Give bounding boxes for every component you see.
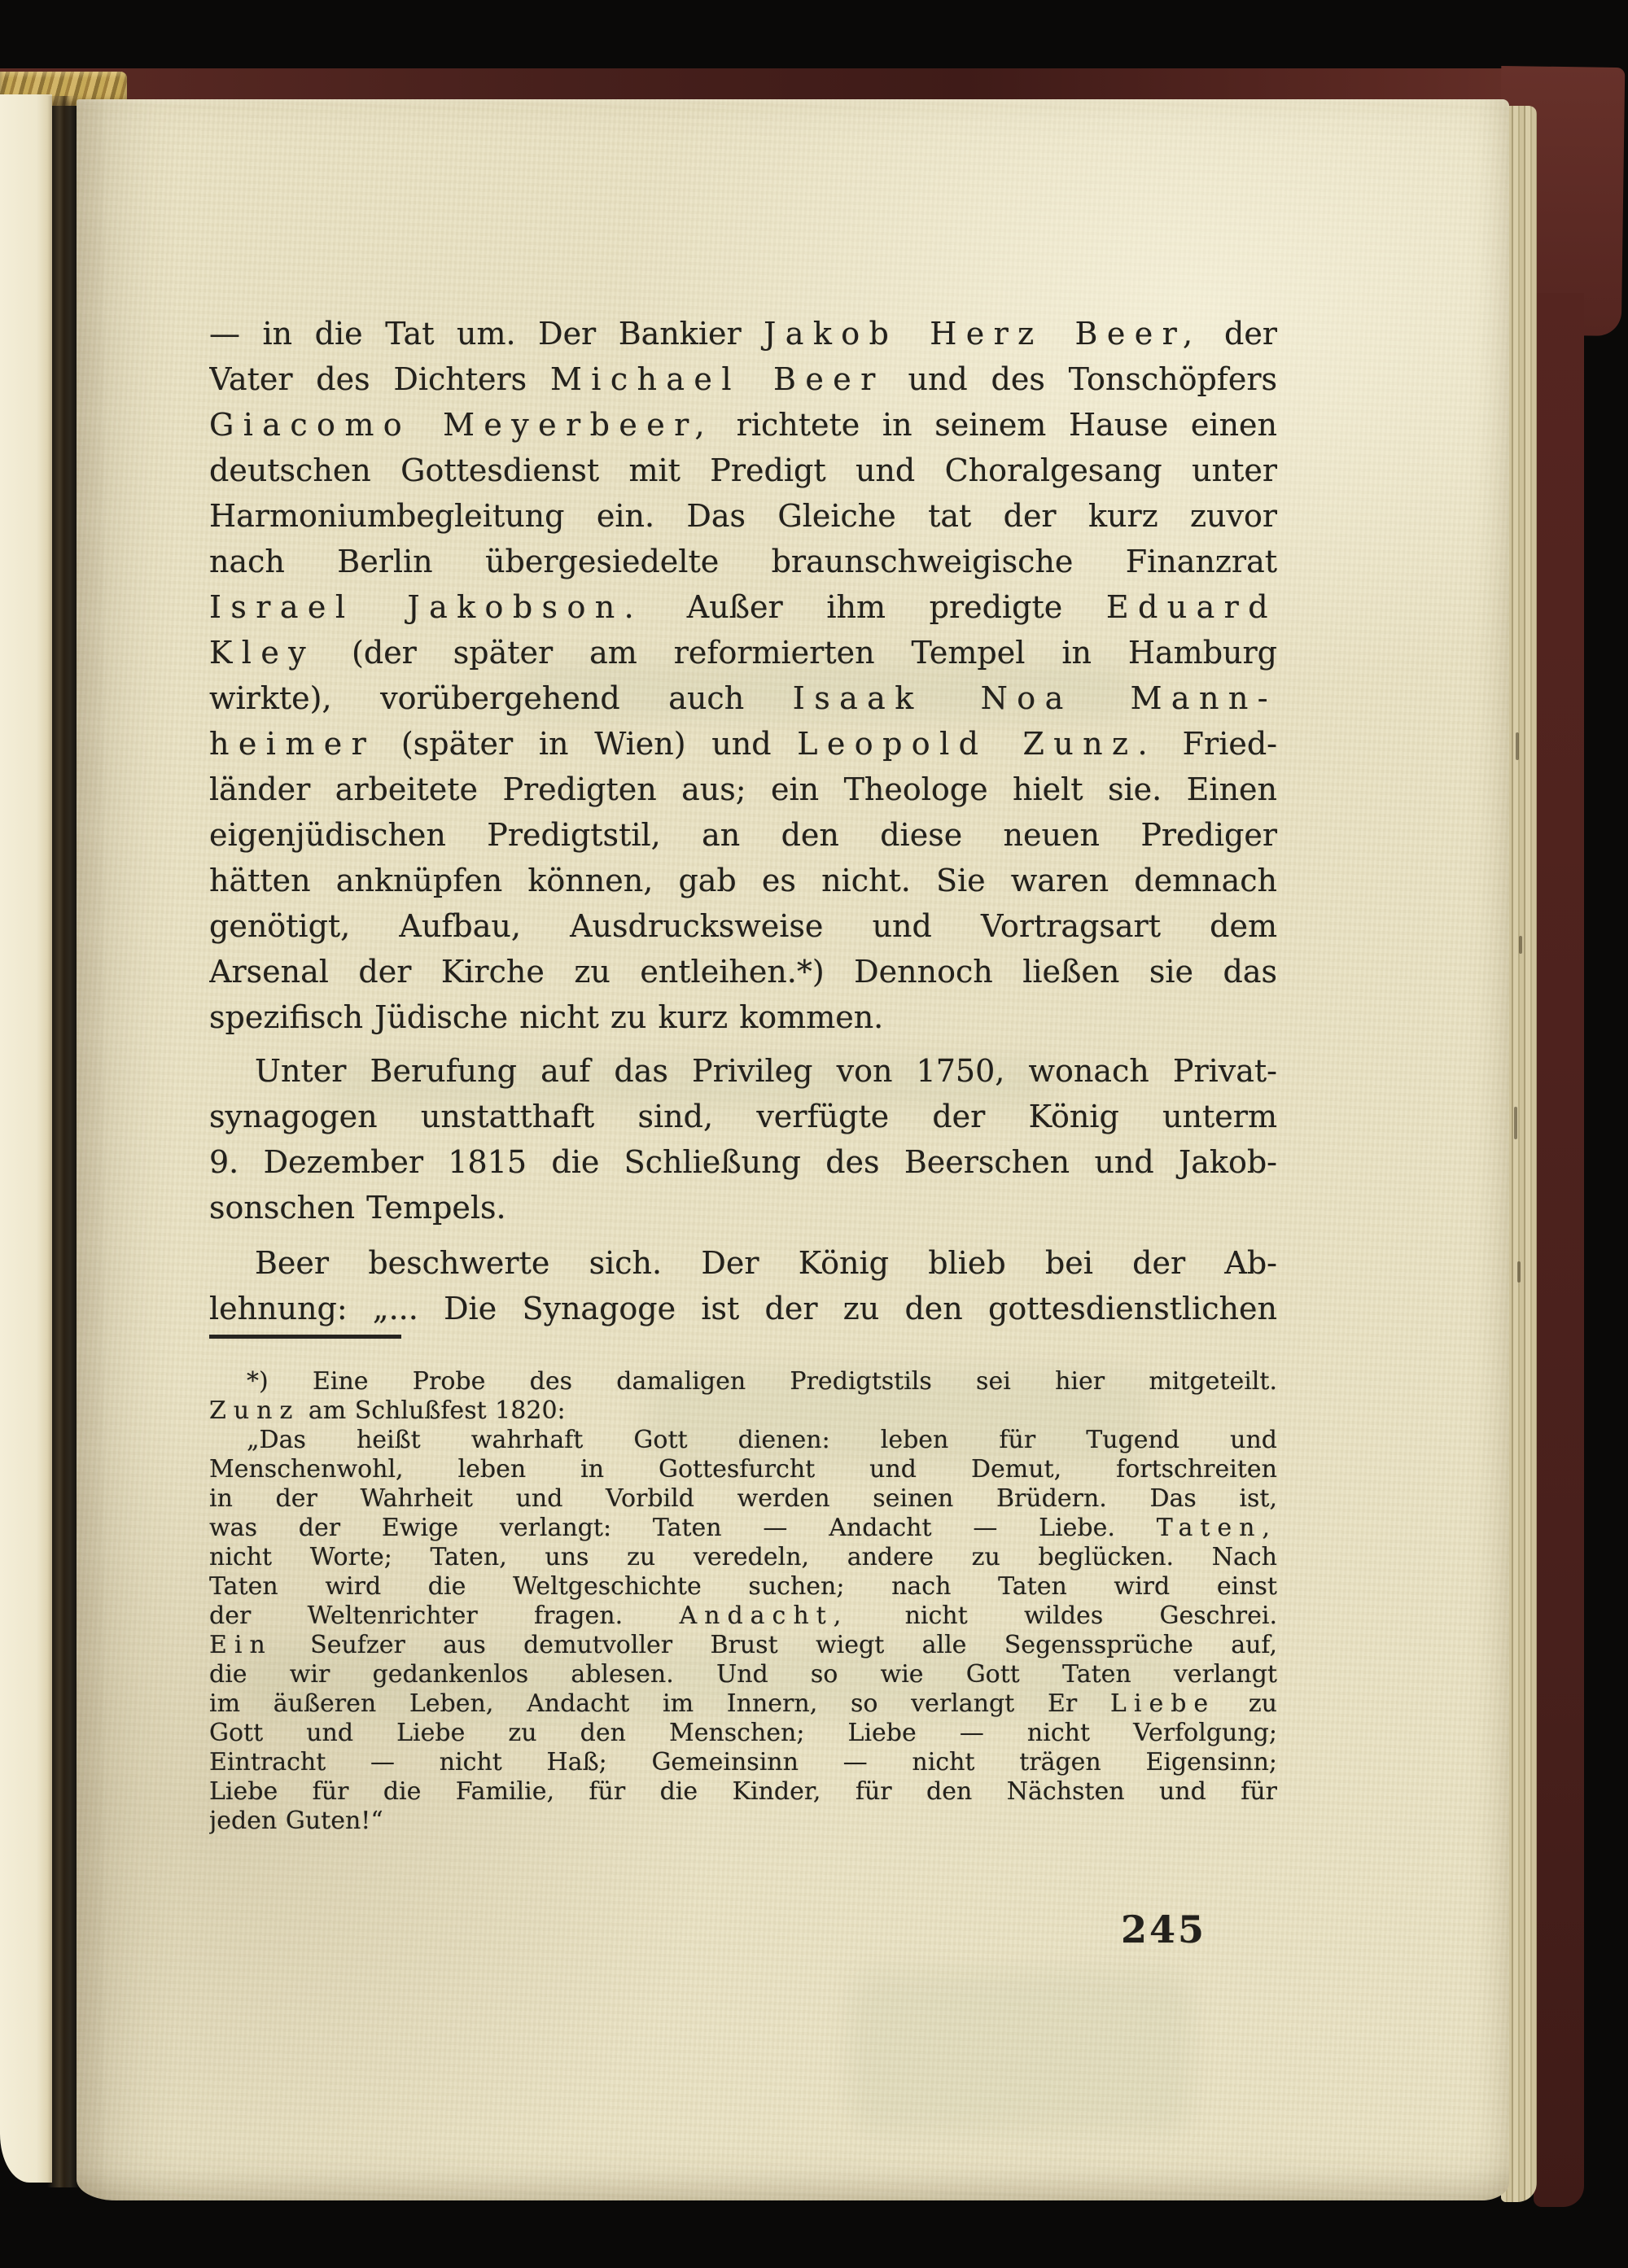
footnote: *) Eine Probe des damaligen Predigtstils… (209, 1367, 1277, 1836)
text-line: Gott und Liebe zu den Menschen; Liebe — … (209, 1719, 1277, 1748)
text-segment: Eintracht — nicht Haß; Gemeinsinn — nich… (209, 1748, 1277, 1776)
text-line: Unter Berufung auf das Privileg von 1750… (209, 1048, 1277, 1094)
text-line: Arsenal der Kirche zu entleihen.*) Denno… (209, 949, 1277, 994)
letterspaced-name: Taten, (1157, 1514, 1277, 1542)
text-line: Taten wird die Weltgeschichte suchen; na… (209, 1572, 1277, 1602)
text-line: nicht Worte; Taten, uns zu veredeln, and… (209, 1543, 1277, 1572)
text-line: der Weltenrichter fragen. Andacht, nicht… (209, 1602, 1277, 1631)
letterspaced-name: Isaak Noa Mann- (793, 680, 1277, 716)
text-line: spezifisch Jüdische nicht zu kurz kommen… (209, 994, 1277, 1040)
text-segment: Fried- (1157, 726, 1277, 762)
page-number: 245 (1121, 1907, 1206, 1951)
text-line: *) Eine Probe des damaligen Predigtstils… (209, 1367, 1277, 1396)
book-cover-right-edge (1534, 293, 1584, 2207)
text-segment: spezifisch Jüdische nicht zu kurz kommen… (209, 999, 883, 1035)
text-segment: im äußeren Leben, Andacht im Innern, so … (209, 1689, 1110, 1718)
text-segment: *) Eine Probe des damaligen Predigtstils… (247, 1367, 1277, 1396)
text-line: Menschenwohl, leben in Gottesfurcht und … (209, 1455, 1277, 1484)
text-line: in der Wahrheit und Vorbild werden seine… (209, 1484, 1277, 1514)
letterspaced-name: Kley (209, 635, 315, 671)
text-segment: (der später am reformierten Tempel in Ha… (315, 635, 1277, 671)
text-line: „Das heißt wahrhaft Gott dienen: leben f… (209, 1426, 1277, 1455)
text-segment: Seufzer aus demutvoller Brust wiegt alle… (273, 1631, 1277, 1659)
letterspaced-name: Leopold Zunz. (797, 726, 1157, 762)
text-line: Zunz am Schlußfest 1820: (209, 1396, 1277, 1426)
gutter-shadow (47, 96, 80, 2187)
text-segment: der Weltenrichter fragen. (209, 1602, 679, 1630)
text-segment: die wir gedankenlos ablesen. Und so wie … (209, 1660, 1277, 1689)
edge-mark (1514, 1107, 1517, 1139)
paragraph-1: — in die Tat um. Der Bankier Jakob Herz … (209, 311, 1277, 1040)
text-segment: lehnung: „... Die Synagoge ist der zu de… (209, 1291, 1277, 1326)
letterspaced-name: Giacomo Meyerbeer, (209, 407, 714, 443)
text-line: Eintracht — nicht Haß; Gemeinsinn — nich… (209, 1748, 1277, 1777)
text-segment: Unter Berufung auf das Privileg von 1750… (255, 1053, 1277, 1089)
text-line: was der Ewige verlangt: Taten — Andacht … (209, 1514, 1277, 1543)
paragraph-3: Beer beschwerte sich. Der König blieb be… (209, 1240, 1277, 1331)
text-segment: in der Wahrheit und Vorbild werden seine… (209, 1484, 1277, 1513)
text-segment: genötigt, Aufbau, Ausdrucksweise und Vor… (209, 908, 1277, 944)
text-line: hätten anknüpfen können, gab es nicht. S… (209, 858, 1277, 903)
text-line: eigenjüdischen Predigtstil, an den diese… (209, 812, 1277, 858)
text-segment: Liebe für die Familie, für die Kinder, f… (209, 1777, 1277, 1806)
text-segment: Harmoniumbegleitung ein. Das Gleiche tat… (209, 498, 1277, 534)
text-line: Giacomo Meyerbeer, richtete in seinem Ha… (209, 402, 1277, 448)
text-segment: (später in Wien) und (375, 726, 797, 762)
letterspaced-name: Zunz (209, 1396, 300, 1425)
text-segment: eigenjüdischen Predigtstil, an den diese… (209, 817, 1277, 853)
text-segment: „Das heißt wahrhaft Gott dienen: leben f… (247, 1426, 1277, 1454)
text-segment: länder arbeitete Predigten aus; ein Theo… (209, 771, 1277, 807)
text-line: lehnung: „... Die Synagoge ist der zu de… (209, 1286, 1277, 1331)
text-segment: nicht Worte; Taten, uns zu veredeln, and… (209, 1543, 1277, 1571)
text-segment: Arsenal der Kirche zu entleihen.*) Denno… (209, 954, 1277, 990)
text-segment: zu (1215, 1689, 1277, 1718)
text-line: die wir gedankenlos ablesen. Und so wie … (209, 1660, 1277, 1689)
letterspaced-name: Israel Jakobson. (209, 589, 643, 625)
letterspaced-name: heimer (209, 726, 375, 762)
text-line: — in die Tat um. Der Bankier Jakob Herz … (209, 311, 1277, 356)
text-segment: Gott und Liebe zu den Menschen; Liebe — … (209, 1719, 1277, 1747)
text-segment: — in die Tat um. Der Bankier (209, 316, 764, 352)
edge-mark (1516, 732, 1519, 760)
text-line: nach Berlin übergesiedelte braunschweigi… (209, 539, 1277, 584)
text-segment: nach Berlin übergesiedelte braunschweigi… (209, 544, 1277, 579)
letterspaced-name: Jakob Herz Beer, (764, 316, 1201, 352)
edge-mark (1519, 936, 1522, 954)
text-segment: Taten wird die Weltgeschichte suchen; na… (209, 1572, 1277, 1601)
text-line: Kley (der später am reformierten Tempel … (209, 630, 1277, 675)
text-line: Liebe für die Familie, für die Kinder, f… (209, 1777, 1277, 1807)
text-line: im äußeren Leben, Andacht im Innern, so … (209, 1689, 1277, 1719)
text-segment: 9. Dezember 1815 die Schließung des Beer… (209, 1144, 1277, 1180)
letterspaced-name: Andacht, (679, 1602, 848, 1630)
text-segment: Außer ihm predigte (643, 589, 1106, 625)
text-line: Ein Seufzer aus demutvoller Brust wiegt … (209, 1631, 1277, 1660)
text-line: Vater des Dichters Michael Beer und des … (209, 356, 1277, 402)
book-page: — in die Tat um. Der Bankier Jakob Herz … (77, 99, 1509, 2200)
text-segment: wirkte), vorübergehend auch (209, 680, 793, 716)
text-segment: jeden Guten!“ (209, 1807, 383, 1835)
text-segment: deutschen Gottesdienst mit Predigt und C… (209, 452, 1277, 488)
text-line: Israel Jakobson. Außer ihm predigte Edua… (209, 584, 1277, 630)
text-line: genötigt, Aufbau, Ausdrucksweise und Vor… (209, 903, 1277, 949)
text-segment: am Schlußfest 1820: (300, 1396, 565, 1425)
text-segment: Menschenwohl, leben in Gottesfurcht und … (209, 1455, 1277, 1484)
text-line: sonschen Tempels. (209, 1185, 1277, 1230)
text-segment: Vater des Dichters (209, 361, 550, 397)
previous-page-edge (0, 94, 52, 2183)
text-segment: sonschen Tempels. (209, 1190, 506, 1226)
text-line: Harmoniumbegleitung ein. Das Gleiche tat… (209, 493, 1277, 539)
text-segment: der (1202, 316, 1278, 352)
text-line: 9. Dezember 1815 die Schließung des Beer… (209, 1139, 1277, 1185)
text-line: wirkte), vorübergehend auch Isaak Noa Ma… (209, 675, 1277, 721)
text-segment: hätten anknüpfen können, gab es nicht. S… (209, 863, 1277, 898)
text-segment: was der Ewige verlangt: Taten — Andacht … (209, 1514, 1157, 1542)
book-photo: — in die Tat um. Der Bankier Jakob Herz … (0, 0, 1628, 2268)
letterspaced-name: Ein (209, 1631, 273, 1659)
text-segment: Beer beschwerte sich. Der König blieb be… (255, 1245, 1277, 1281)
text-segment: und des Tonschöpfers (885, 361, 1277, 397)
text-line: jeden Guten!“ (209, 1807, 1277, 1836)
letterspaced-name: Michael Beer (550, 361, 885, 397)
text-line: heimer (später in Wien) und Leopold Zunz… (209, 721, 1277, 767)
edge-mark (1517, 1261, 1521, 1283)
text-segment: synagogen unstatthaft sind, verfügte der… (209, 1099, 1277, 1134)
letterspaced-name: Liebe (1110, 1689, 1215, 1718)
letterspaced-name: Eduard (1106, 589, 1277, 625)
text-line: synagogen unstatthaft sind, verfügte der… (209, 1094, 1277, 1139)
footnote-separator-rule (209, 1335, 401, 1339)
text-line: länder arbeitete Predigten aus; ein Theo… (209, 767, 1277, 812)
paragraph-2: Unter Berufung auf das Privileg von 1750… (209, 1048, 1277, 1230)
text-segment: richtete in seinem Hause einen (714, 407, 1277, 443)
text-line: Beer beschwerte sich. Der König blieb be… (209, 1240, 1277, 1286)
paper-stain (850, 1971, 1192, 2134)
text-segment: nicht wildes Geschrei. (848, 1602, 1277, 1630)
text-line: deutschen Gottesdienst mit Predigt und C… (209, 448, 1277, 493)
